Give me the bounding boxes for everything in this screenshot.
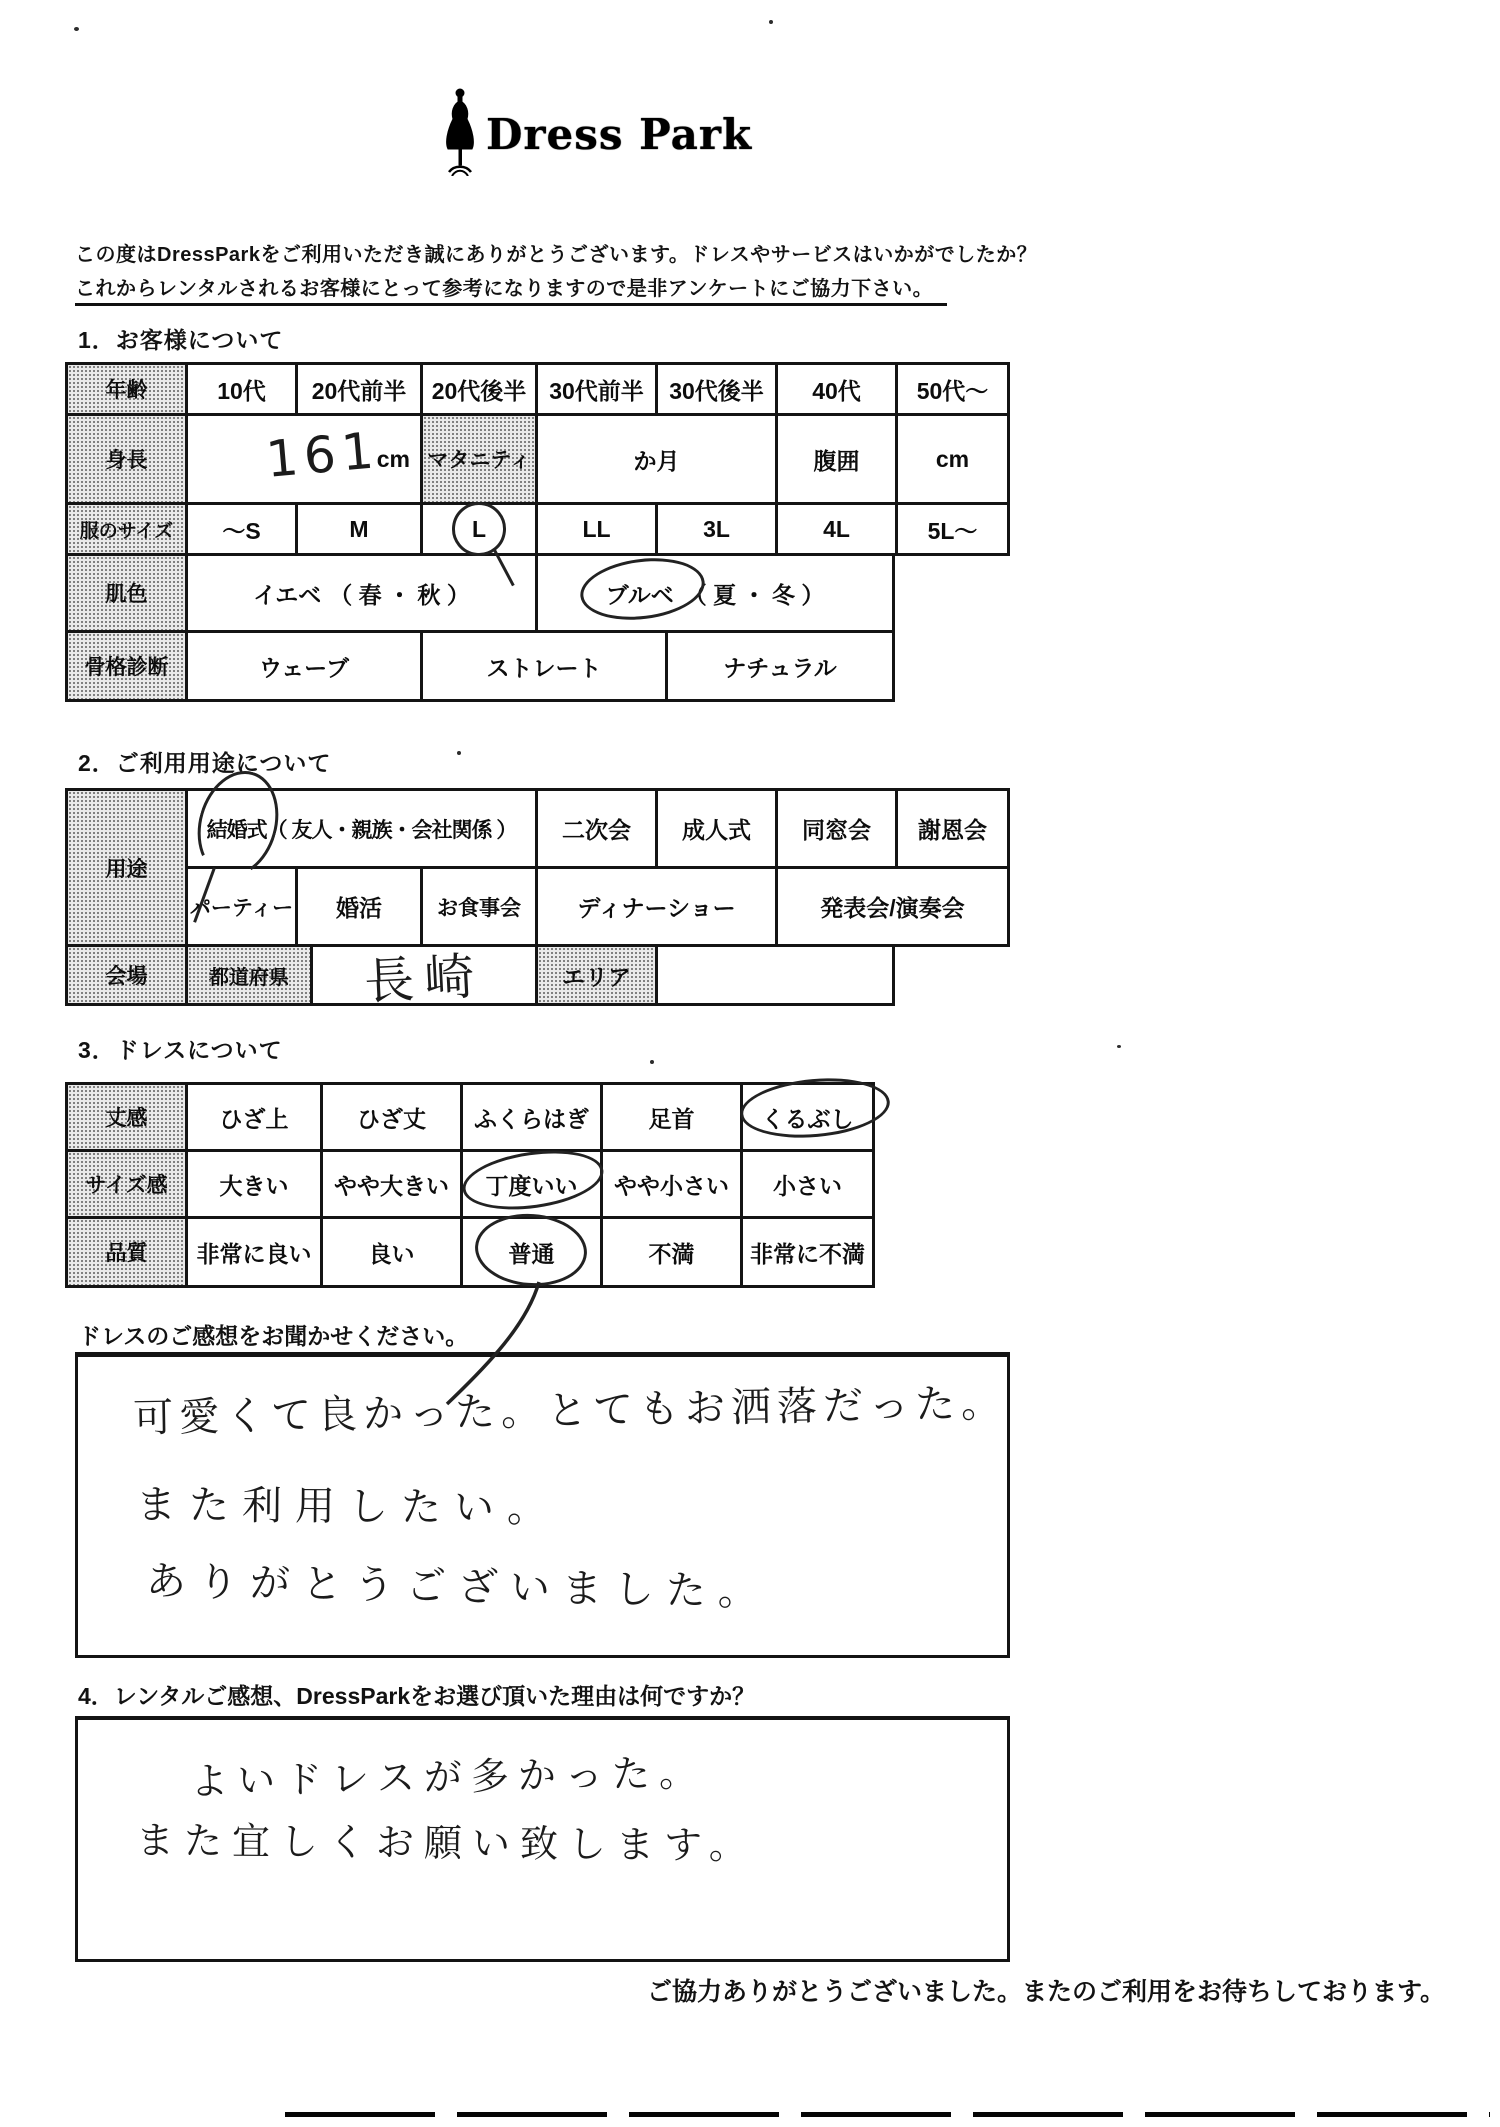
blue-base-label: ブルベ — [606, 582, 674, 608]
comment-line-handwritten: 可愛くて良かった。とてもお洒落だった。 — [133, 1371, 1008, 1443]
area-label: エリア — [538, 947, 658, 1003]
maternity-label: マタニティ — [423, 416, 538, 502]
reason-line-handwritten: よいドレスが多かった。 — [190, 1742, 707, 1806]
reason-box: よいドレスが多かった。 また宜しくお願い致します。 — [75, 1716, 1010, 1962]
scan-artifact-line — [285, 2112, 1490, 2117]
comment-line-handwritten: また利用したい。 — [136, 1473, 560, 1534]
brand-logo: Dress Park — [438, 88, 752, 181]
purpose-row-label: 用途 — [68, 791, 188, 944]
purpose-rows: 用途 結婚式 （ 友人・親族・会社関係 ） 二次会 成人式 同窓会 謝恩会 パー… — [65, 788, 1010, 947]
fit-row: サイズ感 大きい やや大きい 丁度いい やや小さい 小さい — [65, 1149, 875, 1219]
skeleton-row-label: 骨格診断 — [68, 633, 188, 699]
skeleton-row: 骨格診断 ウェーブ ストレート ナチュラル — [65, 630, 895, 702]
quality-option: 非常に良い — [188, 1219, 323, 1285]
fit-option: 大きい — [188, 1152, 323, 1216]
brand-logo-text: Dress Park — [486, 110, 752, 159]
venue-row: 会場 都道府県 長崎 エリア — [65, 944, 895, 1006]
purpose-option: 婚活 — [298, 869, 423, 944]
size-option: 5L～ — [898, 505, 1007, 553]
size-option-label: L — [472, 516, 486, 542]
prefecture-value-cell: 長崎 — [313, 947, 538, 1003]
fit-row-label: サイズ感 — [68, 1152, 188, 1216]
size-option: 3L — [658, 505, 778, 553]
scan-speck — [769, 20, 773, 24]
maternity-months-label: か月 — [538, 416, 778, 502]
fit-option-selected: 丁度いい — [463, 1152, 603, 1216]
length-option: ふくらはぎ — [463, 1085, 603, 1149]
quality-row-label: 品質 — [68, 1219, 188, 1285]
length-option-label: くるぶし — [762, 1106, 854, 1132]
size-option: ～S — [188, 505, 298, 553]
length-row: 丈感 ひざ上 ひざ丈 ふくらはぎ 足首 くるぶし — [65, 1082, 875, 1152]
quality-option: 良い — [323, 1219, 463, 1285]
footer-thanks: ご協力ありがとうございました。またのご利用をお待ちしております。 — [0, 1972, 1445, 2008]
purpose-option: ディナーショー — [538, 869, 778, 944]
clothing-size-row: 服のサイズ ～S M L LL 3L 4L 5L～ — [65, 502, 1010, 556]
height-row-label: 身長 — [68, 416, 188, 502]
prefecture-label: 都道府県 — [188, 947, 313, 1003]
purpose-option-wedding: 結婚式 （ 友人・親族・会社関係 ） — [188, 791, 538, 866]
fit-option: やや大きい — [323, 1152, 463, 1216]
purpose-option: 二次会 — [538, 791, 658, 866]
length-option: 足首 — [603, 1085, 743, 1149]
fit-option: やや小さい — [603, 1152, 743, 1216]
height-value-cell: 161 cm — [188, 416, 423, 502]
dress-form-icon — [438, 88, 482, 181]
yellow-seasons-label: （ 春 ・ 秋 ） — [329, 577, 470, 610]
age-option: 20代後半 — [423, 365, 538, 413]
fit-option: 小さい — [743, 1152, 872, 1216]
dress-comment-prompt: ドレスのご感想をお聞かせください。 — [78, 1318, 468, 1351]
age-option: 20代前半 — [298, 365, 423, 413]
skin-tone-yellow-option: イエベ （ 春 ・ 秋 ） — [188, 556, 538, 630]
dress-table: 丈感 ひざ上 ひざ丈 ふくらはぎ 足首 くるぶし サイズ感 大きい やや大きい … — [65, 1082, 875, 1288]
scan-speck — [74, 27, 79, 31]
length-option-selected: くるぶし — [743, 1085, 872, 1149]
skeleton-option: ナチュラル — [668, 633, 892, 699]
quality-option: 不満 — [603, 1219, 743, 1285]
reason-line-handwritten: また宜しくお願い致します。 — [136, 1809, 757, 1869]
section2-title: 2．ご利用用途について — [78, 745, 331, 778]
scan-speck — [1117, 1045, 1121, 1048]
handwritten-circle-tail — [437, 1278, 567, 1410]
quality-option-label: 普通 — [509, 1241, 555, 1267]
purpose-option: 同窓会 — [778, 791, 898, 866]
purpose-option: パーティー — [188, 869, 298, 944]
quality-row: 品質 非常に良い 良い 普通 不満 非常に不満 — [65, 1216, 875, 1288]
venue-row-label: 会場 — [68, 947, 188, 1003]
wedding-detail-label: （ 友人・親族・会社関係 ） — [267, 814, 517, 844]
height-unit: cm — [377, 446, 410, 473]
area-value-cell — [658, 947, 892, 1003]
comment-line-handwritten: ありがとうございました。 — [146, 1550, 771, 1618]
height-row: 身長 161 cm マタニティ か月 腹囲 cm — [65, 413, 1010, 505]
waist-label: 腹囲 — [778, 416, 898, 502]
age-option: 30代前半 — [538, 365, 658, 413]
quality-option: 非常に不満 — [743, 1219, 872, 1285]
purpose-option: 謝恩会 — [898, 791, 1007, 866]
quality-option-selected: 普通 — [463, 1219, 603, 1285]
prefecture-value-handwritten: 長崎 — [362, 936, 486, 1014]
scan-speck — [650, 1060, 654, 1064]
clothing-size-row-label: 服のサイズ — [68, 505, 188, 553]
blue-seasons-label: （ 夏 ・ 冬 ） — [684, 577, 825, 610]
age-row: 年齢 10代 20代前半 20代後半 30代前半 30代後半 40代 50代～ — [65, 362, 1010, 416]
section1-title: 1．お客様について — [78, 322, 283, 355]
customer-table: 年齢 10代 20代前半 20代後半 30代前半 30代後半 40代 50代～ … — [65, 362, 1010, 702]
usage-table: 用途 結婚式 （ 友人・親族・会社関係 ） 二次会 成人式 同窓会 謝恩会 パー… — [65, 788, 1010, 1006]
section3-title: 3．ドレスについて — [78, 1032, 283, 1065]
purpose-option: 発表会/演奏会 — [778, 869, 1007, 944]
purpose-option: お食事会 — [423, 869, 538, 944]
size-option: M — [298, 505, 423, 553]
purpose-option: 成人式 — [658, 791, 778, 866]
wedding-label: 結婚式 — [207, 819, 267, 842]
skin-tone-row: 肌色 イエベ （ 春 ・ 秋 ） ブルベ （ 夏 ・ 冬 ） — [65, 553, 895, 633]
length-option: ひざ上 — [188, 1085, 323, 1149]
section4-title: 4．レンタルご感想、DressParkをお選び頂いた理由は何ですか？ — [78, 1678, 755, 1711]
fit-option-label: 丁度いい — [486, 1173, 578, 1199]
length-option: ひざ丈 — [323, 1085, 463, 1149]
scanned-survey-page: { "logo": { "brand": "Dress Park" }, "in… — [0, 0, 1500, 2127]
intro-line-2: これからレンタルされるお客様にとって参考になりますので是非アンケートにご協力下さ… — [75, 278, 947, 306]
age-row-label: 年齢 — [68, 365, 188, 413]
skin-tone-row-label: 肌色 — [68, 556, 188, 630]
length-row-label: 丈感 — [68, 1085, 188, 1149]
skin-tone-blue-option: ブルベ （ 夏 ・ 冬 ） — [538, 556, 892, 630]
age-option: 10代 — [188, 365, 298, 413]
scan-speck — [457, 751, 461, 755]
intro-line-1: この度はDressParkをご利用いただき誠にありがとうございます。ドレスやサー… — [75, 238, 1037, 267]
age-option: 30代後半 — [658, 365, 778, 413]
height-value-handwritten: 161 — [264, 421, 382, 489]
size-option: LL — [538, 505, 658, 553]
size-option-selected: L — [423, 505, 538, 553]
age-option: 50代～ — [898, 365, 1007, 413]
age-option: 40代 — [778, 365, 898, 413]
size-option: 4L — [778, 505, 898, 553]
skeleton-option: ストレート — [423, 633, 668, 699]
waist-unit: cm — [898, 416, 1007, 502]
skeleton-option: ウェーブ — [188, 633, 423, 699]
yellow-base-label: イエベ — [253, 577, 321, 610]
